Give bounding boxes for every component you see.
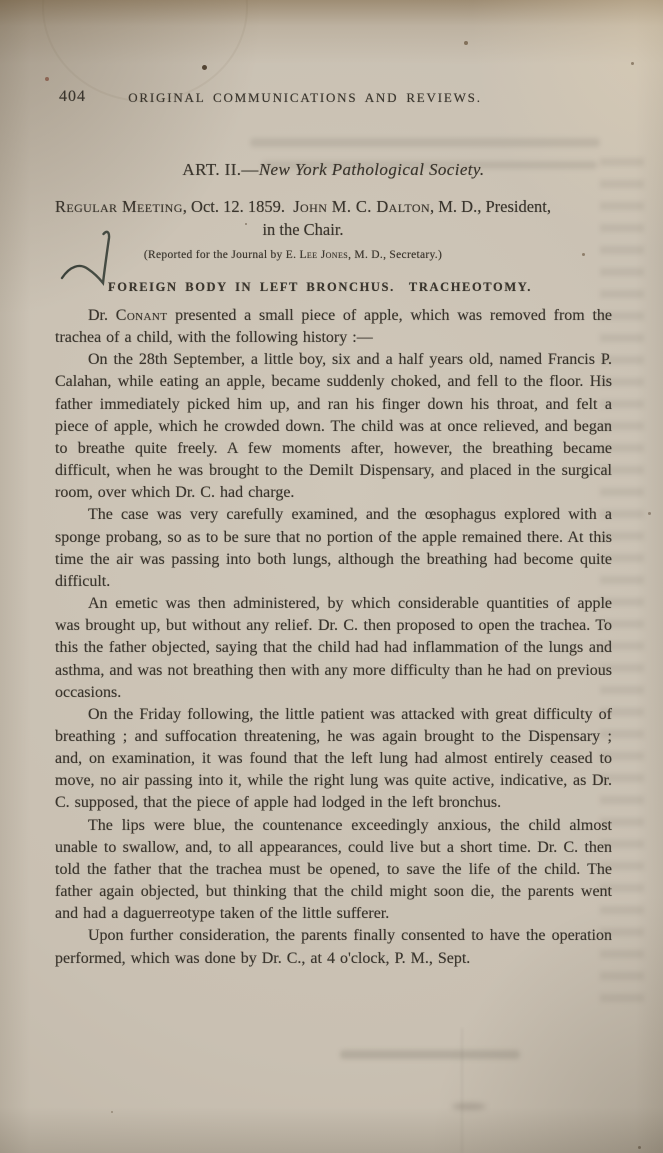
plate-impression-mark (42, 0, 248, 102)
paragraph: The lips were blue, the countenance exce… (55, 815, 612, 926)
running-head: ORIGINAL COMMUNICATIONS AND REVIEWS. (55, 90, 555, 106)
paragraph: The case was very carefully examined, an… (55, 504, 612, 593)
paragraph: Upon further consideration, the parents … (55, 925, 612, 969)
foxing-spot (202, 65, 207, 70)
foxing-spot (245, 223, 247, 225)
paragraph: An emetic was then administered, by whic… (55, 593, 612, 704)
foxing-spot (582, 253, 585, 256)
foxing-spot (648, 512, 651, 515)
foxing-spot (45, 77, 49, 81)
article-title: ART. II.—New York Pathological Society. (55, 160, 612, 180)
scanned-journal-page: 404 ORIGINAL COMMUNICATIONS AND REVIEWS.… (0, 0, 663, 1153)
bleedthrough-text (340, 1050, 520, 1059)
foxing-spot (631, 62, 634, 65)
section-heading: FOREIGN BODY IN LEFT BRONCHUS. TRACHEOTO… (55, 280, 585, 295)
article-body: Dr. Conant presented a small piece of ap… (55, 305, 612, 970)
foxing-spot (111, 1111, 113, 1113)
meeting-line-1: Regular Meeting, Oct. 12. 1859. John M. … (43, 197, 563, 217)
bleedthrough-text (250, 138, 600, 147)
foxing-spot (464, 41, 468, 45)
page-header: 404 ORIGINAL COMMUNICATIONS AND REVIEWS. (0, 88, 663, 108)
ink-smudge (452, 1103, 486, 1110)
foxing-spot (638, 1146, 641, 1149)
paragraph: On the Friday following, the little pati… (55, 704, 612, 815)
paragraph: On the 28th September, a little boy, six… (55, 349, 612, 504)
handwritten-checkmark (50, 222, 125, 292)
paragraph: Dr. Conant presented a small piece of ap… (55, 305, 612, 349)
paper-crease (461, 1028, 463, 1153)
